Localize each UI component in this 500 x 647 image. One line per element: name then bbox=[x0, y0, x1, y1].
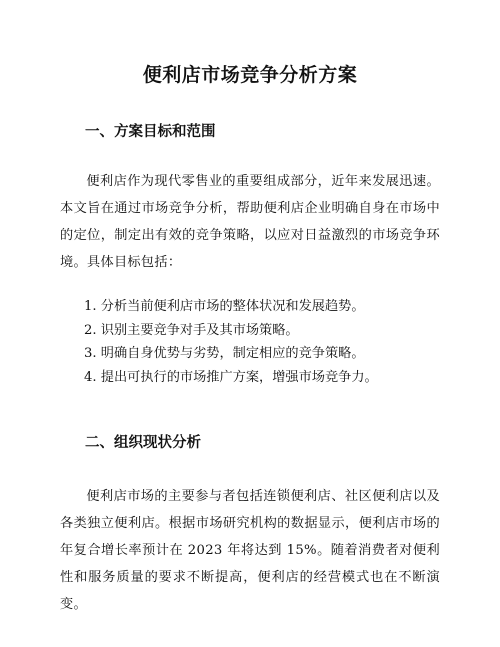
objectives-list: 1. 分析当前便利店市场的整体状况和发展趋势。 2. 识别主要竞争对手及其市场策… bbox=[84, 295, 378, 389]
list-item: 2. 识别主要竞争对手及其市场策略。 bbox=[84, 319, 378, 343]
section-heading-1: 一、方案目标和范围 bbox=[85, 120, 216, 141]
list-item: 1. 分析当前便利店市场的整体状况和发展趋势。 bbox=[84, 295, 378, 319]
list-item: 4. 提出可执行的市场推广方案，增强市场竞争力。 bbox=[84, 366, 378, 390]
list-item: 3. 明确自身优势与劣势，制定相应的竞争策略。 bbox=[84, 342, 378, 366]
document-title: 便利店市场竞争分析方案 bbox=[0, 60, 500, 87]
section-2-paragraph: 便利店市场的主要参与者包括连锁便利店、社区便利店以及各类独立便利店。根据市场研究… bbox=[60, 483, 440, 618]
section-heading-2: 二、组织现状分析 bbox=[85, 431, 201, 452]
section-1-paragraph: 便利店作为现代零售业的重要组成部分，近年来发展迅速。本文旨在通过市场竞争分析，帮… bbox=[60, 168, 440, 276]
